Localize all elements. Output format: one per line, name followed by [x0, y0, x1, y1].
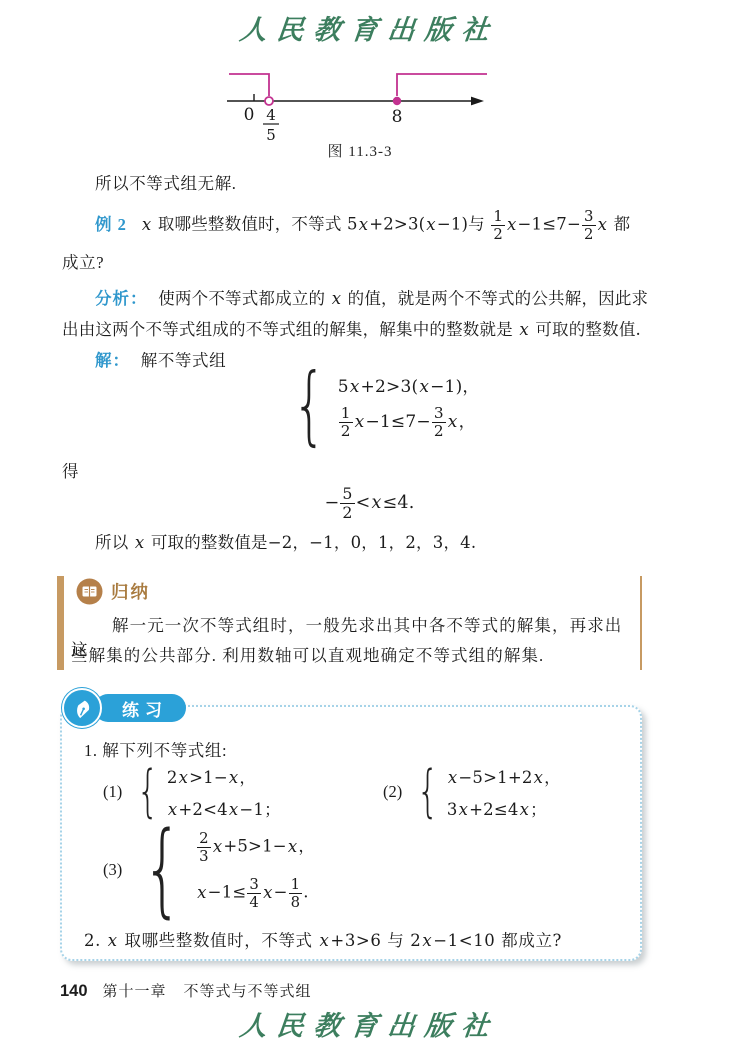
system-of-inequalities: 5x+2>3(x−1)， 12x−1≤7−32x，: [282, 368, 480, 444]
page-footer: 140 第十一章 不等式与不等式组: [60, 980, 312, 1001]
pen-icon: [62, 688, 102, 728]
practice-system-1: (1) 2x>1−x， x+2<4x−1；: [103, 760, 281, 824]
example2-question-math: x 取哪些整数值时，不等式 5x+2>3(x−1)与 12x−1≤7−32x 都: [141, 208, 630, 242]
practice-s3-row2: x−1≤34x−18.: [196, 876, 315, 910]
right-solution-bracket: [397, 74, 487, 96]
practice-s3-row1: 23x+5>1−x，: [196, 830, 315, 864]
practice-s2-row2: 3x+2≤4x；: [447, 796, 561, 820]
summary-title: 归纳: [111, 579, 150, 604]
summary-header: 归纳: [76, 578, 150, 605]
closed-point-eight: [393, 97, 401, 105]
example2-line2: 成立?: [62, 251, 104, 276]
system-row1: 5x+2>3(x−1)，: [338, 372, 480, 397]
example2-label: 例 2: [95, 213, 127, 238]
solution-label: 解：: [95, 351, 130, 370]
chapter-label: 第十一章: [103, 980, 167, 1001]
practice-s3-label: (3): [103, 860, 122, 880]
practice-s1-brace: [130, 767, 166, 816]
practice-s2-row1: x−5>1+2x，: [447, 764, 561, 788]
practice-system-2: (2) x−5>1+2x， 3x+2≤4x；: [383, 760, 561, 824]
analysis-line1: 分析： 使两个不等式都成立的 x 的值，就是两个不等式的公共解，因此求: [62, 287, 682, 312]
practice-s1-label: (1): [103, 782, 122, 802]
analysis-line1-math: 使两个不等式都成立的 x 的值，就是两个不等式的公共解，因此求: [158, 289, 648, 308]
publisher-logo-top: 人民教育出版社: [0, 8, 739, 47]
solution-text: 解不等式组: [141, 351, 227, 370]
publisher-logo-bottom: 人民教育出版社: [0, 1004, 739, 1043]
summary-right-rule: [640, 576, 642, 670]
conclusion-line: 所以 x 可取的整数值是−2，−1，0，1，2，3，4.: [62, 531, 682, 556]
page-number: 140: [60, 982, 88, 1001]
practice-s1-row1: 2x>1−x，: [167, 764, 281, 788]
solution-line: 解： 解不等式组: [95, 349, 226, 374]
practice-header: 练习: [62, 688, 186, 728]
practice-q1: 1. 解下列不等式组:: [84, 737, 227, 761]
summary-line2: 些解集的公共部分. 利用数轴可以直观地确定不等式组的解集.: [71, 642, 631, 666]
paragraph-no-solution: 所以不等式组无解.: [62, 172, 678, 197]
analysis-line2: 出由这两个不等式组成的不等式组的解集，解集中的整数就是 x 可取的整数值.: [62, 318, 682, 343]
number-line-figure: 0 4 5 8: [225, 64, 495, 144]
figure-caption: 图 11.3-3: [225, 140, 495, 161]
open-point-four-fifths: [265, 97, 273, 105]
system-row2: 12x−1≤7−32x，: [338, 405, 480, 440]
example2-line1: 例 2 x 取哪些整数值时，不等式 5x+2>3(x−1)与 12x−1≤7−3…: [95, 203, 630, 247]
practice-title: 练习: [94, 694, 186, 722]
zero-label: 0: [244, 105, 255, 125]
practice-s2-label: (2): [383, 782, 402, 802]
book-icon: [76, 578, 103, 605]
left-solution-bracket: [229, 74, 269, 96]
eight-label: 8: [392, 107, 403, 127]
practice-system-3: (3) 23x+5>1−x， x−1≤34x−18.: [103, 824, 315, 917]
axis-arrowhead: [471, 97, 484, 106]
practice-s1-row2: x+2<4x−1；: [167, 796, 281, 820]
chapter-title: 不等式与不等式组: [184, 980, 312, 1001]
practice-s3-brace: [130, 825, 195, 915]
fraction-numerator: 4: [266, 106, 276, 124]
summary-box: 归纳 解一元一次不等式组时，一般先求出其中各不等式的解集，再求出这 些解集的公共…: [57, 574, 645, 672]
analysis-label: 分析：: [95, 289, 148, 308]
summary-left-bar: [57, 576, 64, 670]
practice-s2-brace: [410, 767, 446, 816]
result-inequality: −52<x≤4.: [0, 480, 739, 526]
practice-q2: 2. x 取哪些整数值时，不等式 x+3>6 与 2x−1<10 都成立?: [84, 927, 624, 951]
system-brace: [282, 368, 337, 444]
